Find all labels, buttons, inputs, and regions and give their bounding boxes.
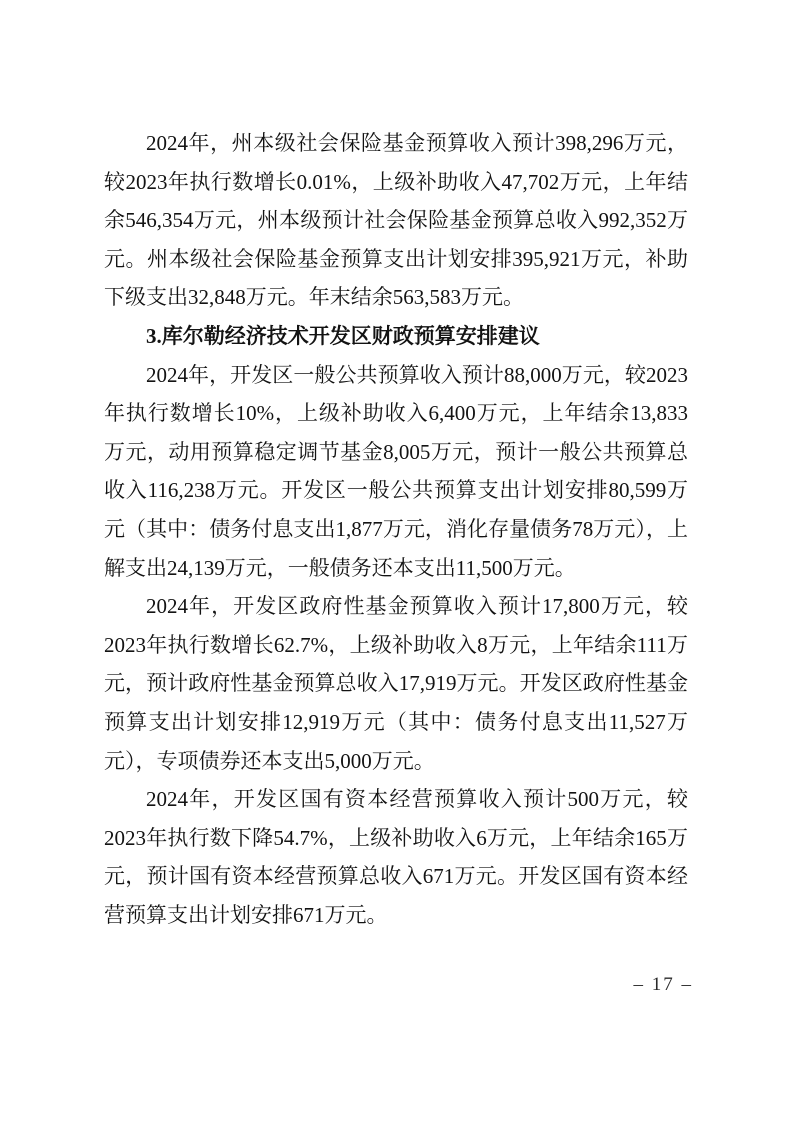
document-body: 2024年，州本级社会保险基金预算收入预计398,296万元，较2023年执行数… [104,124,688,934]
document-page: 2024年，州本级社会保险基金预算收入预计398,296万元，较2023年执行数… [0,0,793,1121]
section-heading-korla-development-zone-budget: 3.库尔勒经济技术开发区财政预算安排建议 [104,317,688,356]
page-number: – 17 – [634,974,694,996]
paragraph-devzone-general-public-budget: 2024年，开发区一般公共预算收入预计88,000万元，较2023年执行数增长1… [104,356,688,588]
paragraph-devzone-state-capital-budget: 2024年，开发区国有资本经营预算收入预计500万元，较2023年执行数下降54… [104,780,688,934]
paragraph-state-social-insurance-budget: 2024年，州本级社会保险基金预算收入预计398,296万元，较2023年执行数… [104,124,688,317]
paragraph-devzone-government-fund-budget: 2024年，开发区政府性基金预算收入预计17,800万元，较2023年执行数增长… [104,587,688,780]
